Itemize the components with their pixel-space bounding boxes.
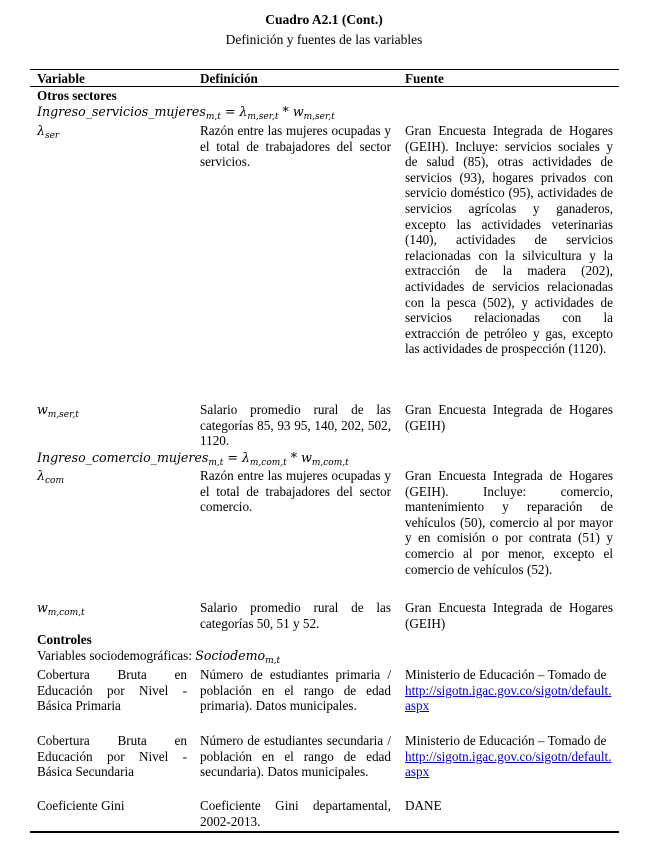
source-text: Ministerio de Educación – Tomado de xyxy=(405,733,606,748)
table-row-definition: Número de estudiantes primaria / poblaci… xyxy=(200,667,391,714)
table-row-source: DANE xyxy=(405,798,613,814)
table-row-variable: λcom xyxy=(37,468,64,484)
table-row-source: Gran Encuesta Integrada de Hogares (GEIH… xyxy=(405,402,613,433)
equation-lhs: Ingreso_servicios_mujeres xyxy=(37,104,206,119)
source-text: Ministerio de Educación – Tomado de xyxy=(405,667,606,682)
variable-sub: ser xyxy=(45,131,59,141)
table-row-source: Gran Encuesta Integrada de Hogares (GEIH… xyxy=(405,123,613,357)
sociodemo-sub: m,t xyxy=(265,656,280,666)
table-row-variable: Coeficiente Gini xyxy=(37,798,125,814)
sociodemo-label: Variables sociodemográficas: Sociodemom,… xyxy=(37,648,280,664)
w-sub: m,com,t xyxy=(312,458,349,468)
lambda-sub: m,com,t xyxy=(250,458,287,468)
table-row-source: Gran Encuesta Integrada de Hogares (GEIH… xyxy=(405,600,613,631)
table-row-definition: Razón entre las mujeres ocupadas y el to… xyxy=(200,468,391,515)
table-row-source: Gran Encuesta Integrada de Hogares (GEIH… xyxy=(405,468,613,577)
table-row-definition: Salario promedio rural de las categorías… xyxy=(200,600,391,631)
equals-sign: = xyxy=(221,104,240,119)
table-row-source: Ministerio de Educación – Tomado de http… xyxy=(405,667,613,714)
table-row-variable: wm,com,t xyxy=(37,600,85,616)
source-link[interactable]: http://sigotn.igac.gov.co/sigotn/default… xyxy=(405,683,611,714)
table-row-variable: λser xyxy=(37,123,59,139)
w-symbol: w xyxy=(293,104,304,119)
equation-lhs: Ingreso_comercio_mujeres xyxy=(37,450,208,465)
bottom-rule xyxy=(30,831,619,833)
variable-sub: m,ser,t xyxy=(48,410,79,420)
variable-symbol: w xyxy=(37,402,48,417)
equation-ingreso-servicios: Ingreso_servicios_mujeresm,t = λm,ser,t … xyxy=(37,104,335,120)
table-row-definition: Razón entre las mujeres ocupadas y el to… xyxy=(200,123,391,170)
equation-lhs-sub: m,t xyxy=(206,112,221,122)
source-link[interactable]: http://sigotn.igac.gov.co/sigotn/default… xyxy=(405,749,611,780)
variable-symbol: w xyxy=(37,600,48,615)
table-row-variable: wm,ser,t xyxy=(37,402,79,418)
header-rule xyxy=(30,86,619,87)
table-row-definition: Coeficiente Gini departamental, 2002-201… xyxy=(200,798,391,829)
section-controles: Controles xyxy=(37,632,92,648)
section-otros-sectores: Otros sectores xyxy=(37,88,117,104)
column-header-fuente: Fuente xyxy=(405,71,444,87)
w-symbol: w xyxy=(301,450,312,465)
column-header-definicion: Definición xyxy=(200,71,258,87)
table-title: Cuadro A2.1 (Cont.) xyxy=(0,12,648,28)
table-row-definition: Número de estudiantes secundaria / pobla… xyxy=(200,733,391,780)
table-row-source: Ministerio de Educación – Tomado de http… xyxy=(405,733,613,780)
w-sub: m,ser,t xyxy=(304,112,335,122)
table-row-definition: Salario promedio rural de las categorías… xyxy=(200,402,391,449)
table-row-variable: Cobertura Bruta en Educación por Nivel -… xyxy=(37,733,187,780)
table-subtitle: Definición y fuentes de las variables xyxy=(0,32,648,48)
sociodemo-var: Sociodemo xyxy=(195,648,265,663)
equation-ingreso-comercio: Ingreso_comercio_mujeresm,t = λm,com,t *… xyxy=(37,450,349,466)
table-row-variable: Cobertura Bruta en Educación por Nivel -… xyxy=(37,667,187,714)
lambda-sub: m,ser,t xyxy=(247,112,278,122)
sociodemo-prefix: Variables sociodemográficas: xyxy=(37,648,195,663)
variable-symbol: λ xyxy=(37,468,45,483)
multiply-sign: * xyxy=(279,104,293,119)
top-rule xyxy=(30,69,619,70)
column-header-variable: Variable xyxy=(37,71,85,87)
lambda-symbol: λ xyxy=(242,450,250,465)
variable-sub: com xyxy=(45,476,64,486)
multiply-sign: * xyxy=(287,450,301,465)
equation-lhs-sub: m,t xyxy=(208,458,223,468)
variable-sub: m,com,t xyxy=(48,608,85,618)
equals-sign: = xyxy=(223,450,242,465)
variable-symbol: λ xyxy=(37,123,45,138)
